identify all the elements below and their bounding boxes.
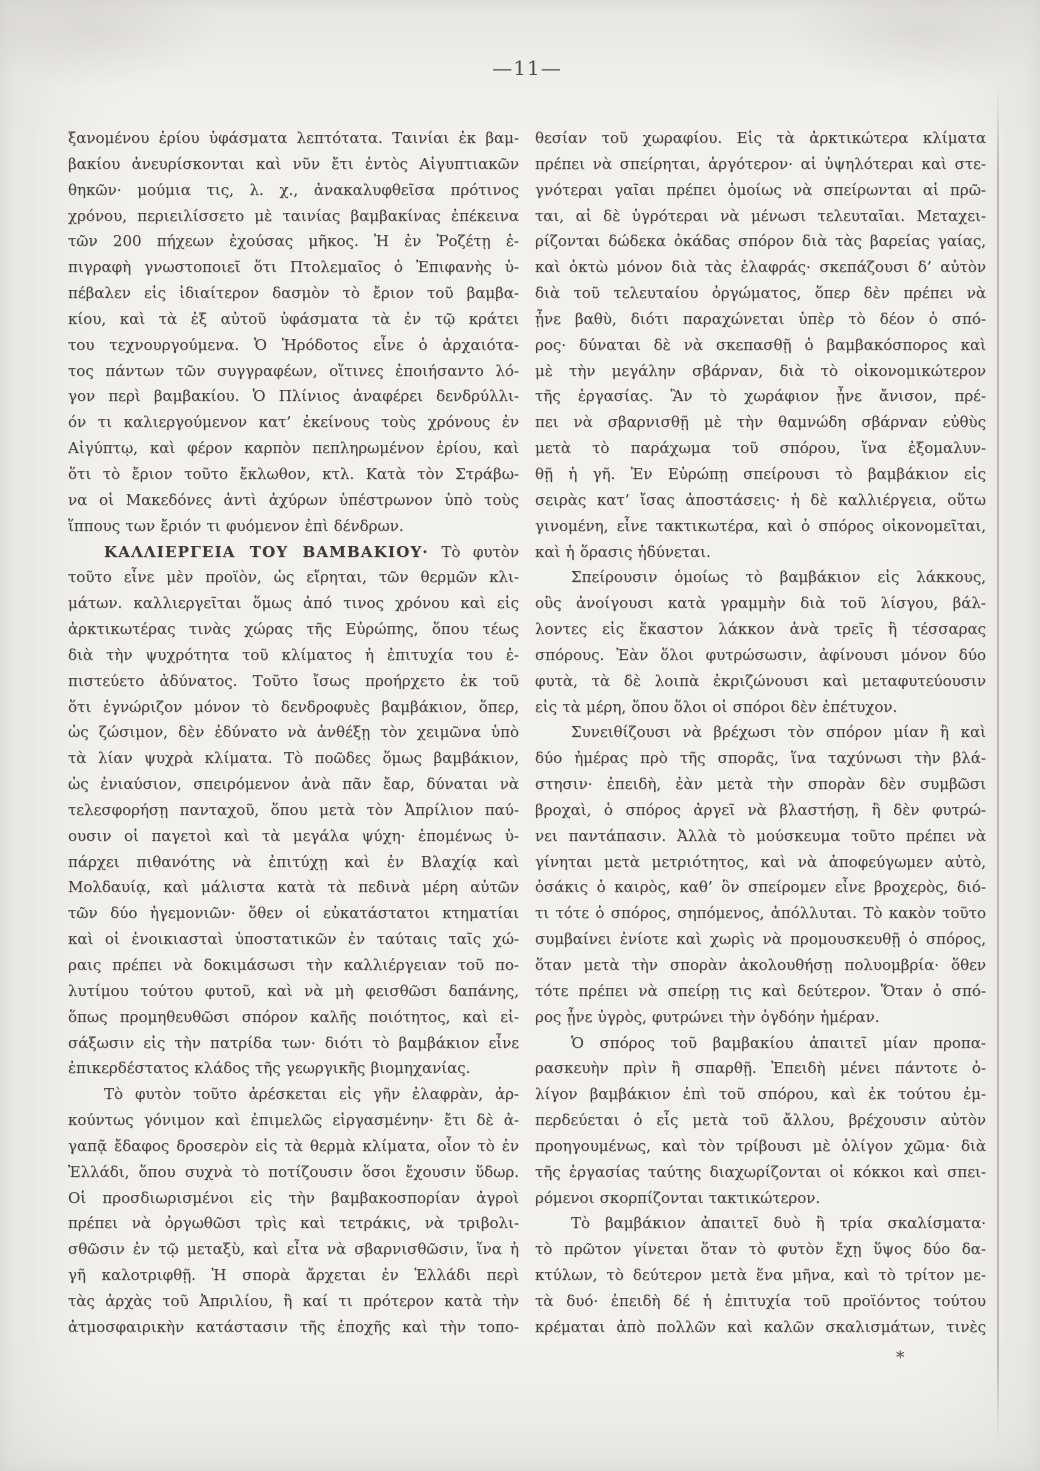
text-line: πιστεύετο ἀδύνατος. Τοῦτο ἴσως προήρχετο…: [68, 669, 519, 695]
text-line: περδεύεται ὁ εἷς μετὰ τοῦ ἄλλου, βρέχουσ…: [535, 1108, 986, 1134]
text-line: θῇ ἡ γῆ. Ἐν Εὐρώπῃ σπείρουσι τὸ βαμβάκιο…: [535, 462, 986, 488]
text-line: μάτων. καλλιεργεῖται ὅμως ἀπό τινος χρόν…: [68, 591, 519, 617]
text-line: τῆς ἐργασίας ταύτης διαχωρίζονται οἱ κόκ…: [535, 1160, 986, 1186]
text-line: εἰς τὰ μέρη, ὅπου ὅλοι οἱ σπόροι δὲν ἐπέ…: [535, 695, 986, 721]
text-line: τότε πρέπει νὰ σπείρῃ τις καὶ δεύτερον. …: [535, 979, 986, 1005]
text-line: ὅταν μετὰ τὴν σπορὰν ἀκολουθήσῃ πολυομβρ…: [535, 953, 986, 979]
text-line: ὅτι τὸ ἔριον τοῦτο ἔκλωθον, κτλ. Κατὰ τὸ…: [68, 462, 519, 488]
text-line: γον περὶ βαμβακίου. Ὁ Πλίνιος ἀναφέρει δ…: [68, 384, 519, 410]
text-line: ρος ᾖνε ὑγρὸς, φυτρώνει τὴν ὀγδόην ἡμέρα…: [535, 1005, 986, 1031]
text-line: κούντως γόνιμον καὶ ἐπιμελῶς εἰργασμένην…: [68, 1108, 519, 1134]
text-line: ἀτμοσφαιρικὴν κατάστασιν τῆς ἐποχῆς καὶ …: [68, 1315, 519, 1341]
text-line: γαπᾷ ἔδαφος δροσερὸν εἰς τὰ θερμὰ κλίματ…: [68, 1134, 519, 1160]
text-line: τελεσφορήσῃ πανταχοῦ, ὅπου μετὰ τὸν Ἀπρί…: [68, 798, 519, 824]
text-line: γνότεραι γαῖαι πρέπει ὁμοίως νὰ σπείρωντ…: [535, 178, 986, 204]
text-line: γῆ καλοτριφθῇ. Ἡ σπορὰ ἄρχεται ἐν Ἑλλάδι…: [68, 1263, 519, 1289]
text-line: ρίζονται δώδεκα ὀκάδας σπόρον διὰ τὰς βα…: [535, 229, 986, 255]
text-line: ξανομένου ἐρίου ὑφάσματα λεπτότατα. Ταιν…: [68, 126, 519, 152]
document-page: —11— ξανομένου ἐρίου ὑφάσματα λεπτότατα.…: [0, 0, 1040, 1471]
text-line: ρασκευὴν πρὶν ἢ σπαρθῇ. Ἐπειδὴ μένει πάν…: [535, 1056, 986, 1082]
text-line: γίνηται μετὰ μετριότητος, καὶ νὰ ἀποφεύγ…: [535, 850, 986, 876]
text-line: ρος· δύναται δὲ νὰ σκεπασθῇ ὁ βαμβακόσπο…: [535, 333, 986, 359]
text-line: ὡς ἐνιαύσιον, σπειρόμενον ἀνὰ πᾶν ἔαρ, δ…: [68, 772, 519, 798]
text-line: ὅτι ἐγνώριζον μόνον τὸ δενδροφυὲς βαμβάκ…: [68, 695, 519, 721]
text-line: Ἑλλάδι, ὅπου συχνὰ τὸ ποτίζουσιν ὅσοι ἔχ…: [68, 1160, 519, 1186]
text-line: πέβαλεν εἰς ἰδιαίτερον δασμὸν τὸ ἔριον τ…: [68, 281, 519, 307]
text-line: Τὸ βαμβάκιον ἀπαιτεῖ δυὸ ἢ τρία σκαλίσμα…: [535, 1211, 986, 1237]
text-line: ται, αἱ δὲ ὑγρότεραι νὰ μένωσι τελευταῖα…: [535, 204, 986, 230]
text-line: κρέμαται ἀπὸ πολλῶν καὶ καλῶν σκαλισμάτω…: [535, 1315, 986, 1341]
text-line: τι τότε ὁ σπόρος, σηπόμενος, ἀπόλλυται. …: [535, 901, 986, 927]
text-line: οὓς ἀνοίγουσι κατὰ γραμμὴν διὰ τοῦ λίσγο…: [535, 591, 986, 617]
text-line: πρέπει νὰ ὀργωθῶσι τρὶς καὶ τετράκις, νὰ…: [68, 1211, 519, 1237]
text-line: ἐπικερδέστατος κλάδος τῆς γεωργικῆς βιομ…: [68, 1056, 519, 1082]
page-number: —11—: [68, 56, 986, 80]
text-line: λίγον βαμβάκιον ἐπὶ τοῦ σπόρου, καὶ ἐκ τ…: [535, 1082, 986, 1108]
text-line: Συνειθίζουσι νὰ βρέχωσι τὸν σπόρον μίαν …: [535, 720, 986, 746]
text-line: λοντες εἰς ἕκαστον λάκκον ἀνὰ τρεῖς ἢ τέ…: [535, 617, 986, 643]
section-heading: ΚΑΛΛΙΕΡΓΕΙΑ ΤΟΥ ΒΑΜΒΑΚΙΟΥ·: [104, 543, 429, 561]
text-line: μὲ τὴν μεγάλην σβάρναν, διὰ τὸ οἰκονομικ…: [535, 359, 986, 385]
text-line: ἵππους των ἔριόν τι φυόμενον ἐπὶ δένδρων…: [68, 514, 519, 540]
text-line: ἀρκτικωτέρας τινὰς χώρας τῆς Εὐρώπης, ὅπ…: [68, 617, 519, 643]
text-line: καὶ οἱ ἐνοικιασταὶ ὑποστατικῶν ἐν ταύται…: [68, 927, 519, 953]
text-block: ξανομένου ἐρίου ὑφάσματα λεπτότατα. Ταιν…: [68, 126, 986, 1341]
text-line: πιγραφὴ γνωστοποιεῖ ὅτι Πτολεμαῖος ὁ Ἐπι…: [68, 255, 519, 281]
text-line: καὶ ἡ ὅρασις ἡδύνεται.: [535, 540, 986, 566]
text-line: ρόμενοι σκορπίζονται τακτικώτερον.: [535, 1186, 986, 1212]
column-right: θεσίαν τοῦ χωραφίου. Εἰς τὰ ἀρκτικώτερα …: [535, 126, 986, 1341]
text-line: όν τι καλιεργούμενον κατ’ ἐκείνους τοὺς …: [68, 410, 519, 436]
text-line: σειρὰς κατ’ ἴσας ἀποστάσεις· ἡ δὲ καλλιέ…: [535, 488, 986, 514]
text-line: τοῦτο εἶνε μὲν προϊὸν, ὡς εἴρηται, τῶν θ…: [68, 565, 519, 591]
text-line: τὰ λίαν ψυχρὰ κλίματα. Τὸ ποῶδες ὅμως βα…: [68, 746, 519, 772]
text-line: Αἰγύπτῳ, καὶ φέρον καρπὸν πεπληρωμένον ἐ…: [68, 436, 519, 462]
text-line: θηκῶν· μούμια τις, λ. χ., ἀνακαλυφθεῖσα …: [68, 178, 519, 204]
text-line: σθῶσιν ἐν τῷ μεταξὺ, καὶ εἶτα νὰ σβαρνισ…: [68, 1237, 519, 1263]
text-line: Τὸ φυτὸν τοῦτο ἀρέσκεται εἰς γῆν ἐλαφρὰν…: [68, 1082, 519, 1108]
text-line: βακίου ἀνευρίσκονται καὶ νῦν ἔτι ἐντὸς Α…: [68, 152, 519, 178]
text-line: Σπείρουσιν ὁμοίως τὸ βαμβάκιον εἰς λάκκο…: [535, 565, 986, 591]
text-line: λυτίμου τούτου φυτοῦ, καὶ νὰ μὴ φεισθῶσι…: [68, 979, 519, 1005]
text-line: ΚΑΛΛΙΕΡΓΕΙΑ ΤΟΥ ΒΑΜΒΑΚΙΟΥ· Τὸ φυτὸν: [68, 540, 519, 566]
text-line: σάξωσιν εἰς τὴν πατρίδα των· διότι τὸ βα…: [68, 1031, 519, 1057]
page-edge-line: [997, 88, 999, 1440]
text-line: νει παντάπασιν. Ἀλλὰ τὸ μούσκευμα τοῦτο …: [535, 824, 986, 850]
text-line: ᾖνε βαθὺ, διότι παραχώνεται ὑπὲρ τὸ δέον…: [535, 307, 986, 333]
text-line: βροχαὶ, ὁ σπόρος ἀργεῖ νὰ βλαστήσῃ, ἢ δὲ…: [535, 798, 986, 824]
text-line: σπόρους. Ἐὰν ὅλοι φυτρώσωσιν, ἀφίνουσι μ…: [535, 643, 986, 669]
text-line: τὰς ἀρχὰς τοῦ Ἀπριλίου, ἢ καί τι πρότερο…: [68, 1289, 519, 1315]
text-line: τὰ δυό· ἐπειδὴ δέ ἡ ἐπιτυχία τοῦ προϊόντ…: [535, 1289, 986, 1315]
text-line: θεσίαν τοῦ χωραφίου. Εἰς τὰ ἀρκτικώτερα …: [535, 126, 986, 152]
text-line: προηγουμένως, καὶ τὸν τρίβουσι μὲ ὀλίγον…: [535, 1134, 986, 1160]
text-line: τὸ πρῶτον γίνεται ὅταν τὸ φυτὸν ἔχῃ ὕψος…: [535, 1237, 986, 1263]
text-line: ραις πρέπει νὰ δοκιμάσωσι τὴν καλλιέργει…: [68, 953, 519, 979]
text-line: τῶν 200 πήχεων ἐχούσας μῆκος. Ἡ ἐν Ῥοζέτ…: [68, 229, 519, 255]
text-line: συμβαίνει ἐνίοτε καὶ χωρὶς νὰ προμουσκευ…: [535, 927, 986, 953]
text-line: μετὰ τὸ παράχωμα τοῦ σπόρου, ἵνα ἐξομαλυ…: [535, 436, 986, 462]
text-line: ὅπως προμηθευθῶσι σπόρον καλῆς ποιότητος…: [68, 1005, 519, 1031]
text-line: Οἱ προσδιωρισμένοι εἰς τὴν βαμβακοσπορία…: [68, 1186, 519, 1212]
text-line: κίου, καὶ τὰ ἐξ αὐτοῦ ὑφάσματα τὰ ἐν τῷ …: [68, 307, 519, 333]
signature-mark: *: [896, 1348, 905, 1368]
text-line: διὰ τὴν ψυχρότητα τοῦ κλίματος ἡ ἐπιτυχί…: [68, 643, 519, 669]
text-line: πάρχει πιθανότης νὰ ἐπιτύχῃ καὶ ἐν Βλαχί…: [68, 850, 519, 876]
text-line: Μολδαυίᾳ, καὶ μάλιστα κατὰ τὰ πεδινὰ μέρ…: [68, 875, 519, 901]
text-line: στησιν· ἐπειδὴ, ἐὰν μετὰ τὴν σπορὰν δὲν …: [535, 772, 986, 798]
text-line: να οἱ Μακεδόνες ἀντὶ ἀχύρων ὑπέστρωνον ὑ…: [68, 488, 519, 514]
text-line: πει νὰ σβαρνισθῇ μὲ τὴν θαμνώδη σβάρναν …: [535, 410, 986, 436]
text-line: ουσιν οἱ παγετοὶ καὶ τὰ μεγάλα ψύχη· ἑπο…: [68, 824, 519, 850]
text-line: τος πάντων τῶν συγγραφέων, οἵτινες ἐποιή…: [68, 359, 519, 385]
text-line: τῶν δύο ἡγεμονιῶν· ὅθεν οἱ εὐκατάστατοι …: [68, 901, 519, 927]
text-line: του τεχνουργούμενα. Ὁ Ἡρόδοτος εἶνε ὁ ἀρ…: [68, 333, 519, 359]
text-line: πρέπει νὰ σπείρηται, ἀργότερον· αἱ ὑψηλό…: [535, 152, 986, 178]
text-line: τῆς ἐργασίας. Ἂν τὸ χωράφιον ᾖνε ἄνισον,…: [535, 384, 986, 410]
text-line: δύο ἡμέρας πρὸ τῆς σπορᾶς, ἵνα ταχύνωσι …: [535, 746, 986, 772]
text-line: Ὁ σπόρος τοῦ βαμβακίου ἀπαιτεῖ μίαν προπ…: [535, 1031, 986, 1057]
text-line: γινομένη, εἶνε τακτικωτέρα, καὶ ὁ σπόρος…: [535, 514, 986, 540]
text-line: ὁσάκις ὁ καιρὸς, καθ’ ὃν σπείρομεν εἶνε …: [535, 875, 986, 901]
text-line: καὶ ὀκτὼ μόνον διὰ τὰς ἐλαφράς· σκεπάζου…: [535, 255, 986, 281]
text-line: φυτὰ, τὰ δὲ λοιπὰ ἐκριζώνουσι καὶ μεταφυ…: [535, 669, 986, 695]
text-line: ὡς ζώσιμον, δὲν ἐδύνατο νὰ ἀνθέξῃ τὸν χε…: [68, 720, 519, 746]
text-line: χρόνου, περιειλίσσετο μὲ ταινίας βαμβακί…: [68, 204, 519, 230]
text-line: κτύλων, τὸ δεύτερον μετὰ ἕνα μῆνα, καὶ τ…: [535, 1263, 986, 1289]
text-line: διὰ τοῦ τελευταίου ὀργώματος, ὅπερ δὲν π…: [535, 281, 986, 307]
column-left: ξανομένου ἐρίου ὑφάσματα λεπτότατα. Ταιν…: [68, 126, 519, 1341]
